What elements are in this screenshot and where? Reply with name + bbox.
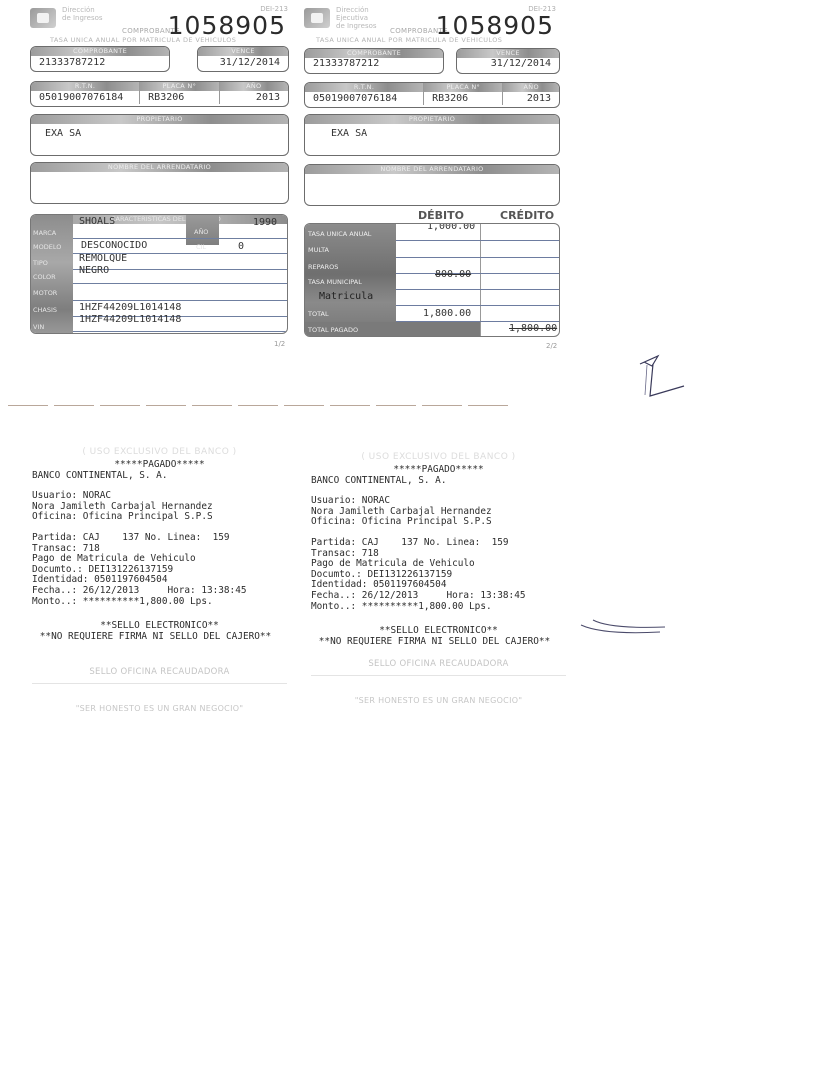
comprobante-value: 21333787212 [305, 58, 443, 69]
monto: Monto..: **********1,800.00 Lps. [311, 602, 566, 613]
payment-table: TASA UNICA ANUAL MULTA REPAROS TASA MUNI… [304, 223, 560, 337]
rtn-placa-anio-field: R.T.N. 05019007076184 PLACA N° RB3206 AÑ… [304, 82, 560, 108]
comprobante-field: COMPROBANTE 21333787212 [304, 48, 444, 74]
vehicle-vin: 1HZF44209L1014148 [79, 314, 181, 325]
row-matricula: Matricula [319, 291, 373, 302]
bank-name: BANCO CONTINENTAL, S. A. [32, 471, 287, 482]
row-reparos: REPAROS [308, 263, 338, 271]
no-requiere-firma: **NO REQUIERE FIRMA NI SELLO DEL CAJERO*… [24, 632, 287, 643]
voucher-header: Dirección de Ingresos COMPROBANTE DEI-21… [30, 4, 292, 44]
rtn-placa-anio-field: R.T.N. 05019007076184 PLACA N° RB3206 AÑ… [30, 81, 289, 107]
handwritten-mark-icon [630, 350, 690, 405]
dei-logo-icon [304, 8, 330, 28]
comprobante-value: 21333787212 [31, 56, 169, 69]
vehicle-marca: SHOALS [79, 216, 115, 227]
tasa-municipal-debito: 800.00 [435, 269, 471, 280]
row-tasa-municipal: TASA MUNICIPAL [308, 278, 362, 286]
dei-logo-icon [30, 8, 56, 28]
page-number: 2/2 [546, 342, 557, 350]
vence-field: VENCE 31/12/2014 [197, 46, 289, 72]
vence-value: 31/12/2014 [457, 58, 559, 69]
partida: Partida: CAJ 137 No. Linea: 159 [32, 533, 287, 544]
arrendatario-value [305, 174, 559, 176]
total-debito: 1,800.00 [423, 308, 471, 319]
pagado-stamp: *****PAGADO***** [32, 460, 287, 471]
vehicle-modelo: DESCONOCIDO [81, 240, 147, 251]
propietario-value: EXA SA [305, 124, 559, 140]
page-number: 1/2 [274, 340, 285, 348]
bank-name: BANCO CONTINENTAL, S. A. [311, 476, 566, 487]
motto: "SER HONESTO ES UN GRAN NEGOCIO" [311, 696, 566, 705]
tasa-unica-debito: 1,000.00 [427, 223, 475, 232]
vence-value: 31/12/2014 [198, 56, 288, 69]
vence-field: VENCE 31/12/2014 [456, 48, 560, 74]
propietario-field: PROPIETARIO EXA SA [304, 114, 560, 156]
voucher-copy-1: Dirección de Ingresos COMPROBANTE DEI-21… [30, 4, 292, 44]
row-total: TOTAL [308, 310, 329, 318]
fecha-hora: Fecha..: 26/12/2013 Hora: 13:38:45 [32, 586, 287, 597]
voucher-copy-2: Dirección Ejecutiva de Ingresos COMPROBA… [304, 4, 560, 44]
debito-header: DÉBITO [418, 209, 464, 222]
bank-receipt-2: ( USO EXCLUSIVO DEL BANCO ) *****PAGADO*… [311, 452, 566, 705]
bank-receipt-1: ( USO EXCLUSIVO DEL BANCO ) *****PAGADO*… [32, 447, 287, 713]
arrendatario-field: NOMBRE DEL ARRENDATARIO [30, 162, 289, 204]
sello-oficina: SELLO OFICINA RECAUDADORA [311, 659, 566, 669]
no-requiere-firma: **NO REQUIERE FIRMA NI SELLO DEL CAJERO*… [303, 637, 566, 648]
vehicle-cil: 0 [238, 241, 244, 252]
rtn-value: 05019007076184 [31, 91, 139, 104]
anio-value: 2013 [220, 91, 288, 104]
page-separator [8, 405, 508, 406]
row-tasa-unica: TASA UNICA ANUAL [308, 230, 371, 238]
arrendatario-value [31, 172, 288, 174]
propietario-value: EXA SA [31, 124, 288, 140]
vehicle-tipo: REMOLQUE [79, 253, 127, 264]
fecha-hora: Fecha..: 26/12/2013 Hora: 13:38:45 [311, 591, 566, 602]
voucher-header: Dirección Ejecutiva de Ingresos COMPROBA… [304, 4, 560, 44]
motto: "SER HONESTO ES UN GRAN NEGOCIO" [32, 704, 287, 713]
arrendatario-field: NOMBRE DEL ARRENDATARIO [304, 164, 560, 206]
oficina: Oficina: Oficina Principal S.P.S [311, 517, 566, 528]
placa-value: RB3206 [424, 92, 502, 105]
vehicle-chasis: 1HZF44209L1014148 [79, 302, 181, 313]
org-name: Dirección de Ingresos [62, 6, 103, 22]
handwritten-stroke-icon [575, 615, 685, 640]
placa-value: RB3206 [140, 91, 218, 104]
voucher-subtitle: TASA UNICA ANUAL POR MATRICULA DE VEHICU… [50, 36, 236, 44]
propietario-field: PROPIETARIO EXA SA [30, 114, 289, 156]
anio-value: 2013 [503, 92, 559, 105]
comprobante-field: COMPROBANTE 21333787212 [30, 46, 170, 72]
partida: Partida: CAJ 137 No. Linea: 159 [311, 538, 566, 549]
pagado-stamp: *****PAGADO***** [311, 465, 566, 476]
vehicle-characteristics-table: CARACTERISTICAS DEL VEHICULO AÑO CIL MAR… [30, 214, 288, 334]
row-multa: MULTA [308, 246, 329, 254]
org-name: Dirección Ejecutiva de Ingresos [336, 6, 377, 30]
oficina: Oficina: Oficina Principal S.P.S [32, 512, 287, 523]
vehicle-color: NEGRO [79, 265, 109, 276]
monto: Monto..: **********1,800.00 Lps. [32, 597, 287, 608]
row-total-pagado: TOTAL PAGADO [308, 326, 358, 334]
sello-oficina: SELLO OFICINA RECAUDADORA [32, 667, 287, 677]
voucher-subtitle: TASA UNICA ANUAL POR MATRICULA DE VEHICU… [316, 36, 502, 44]
total-pagado-credito: 1,800.00 [509, 323, 557, 334]
credito-header: CRÉDITO [500, 209, 554, 222]
rtn-value: 05019007076184 [305, 92, 423, 105]
vehicle-anio: 1990 [253, 217, 277, 228]
